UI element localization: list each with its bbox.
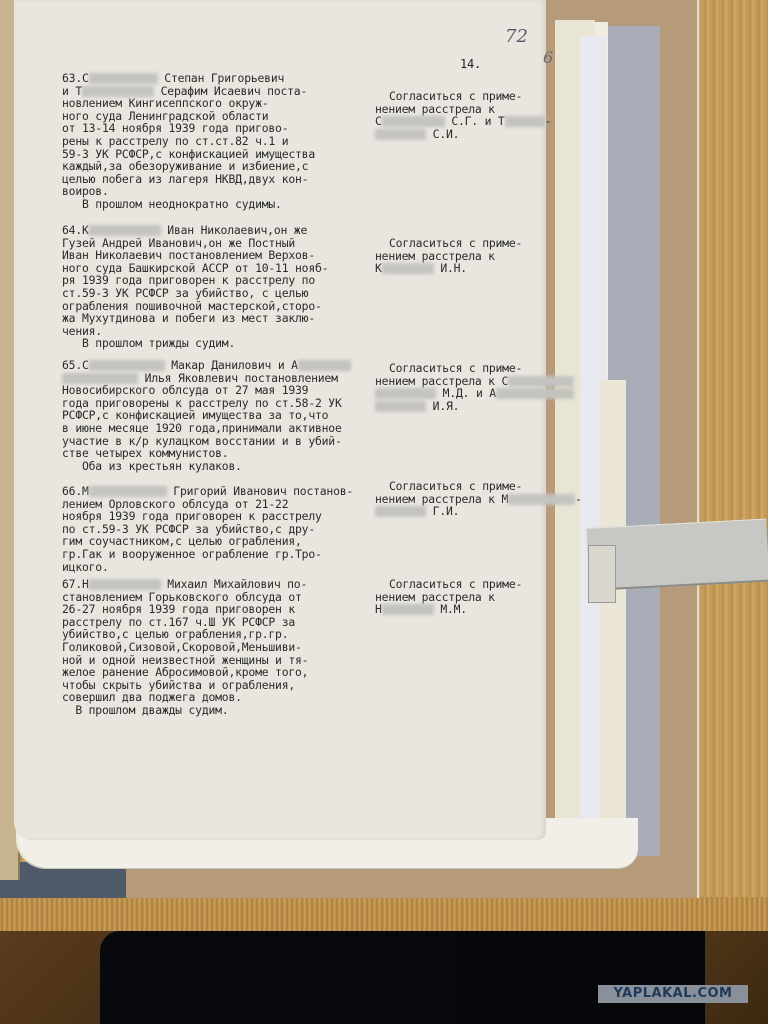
- entry-66-text: 66.М Григорий Иванович постанов-лением О…: [62, 485, 353, 573]
- redacted-name: [382, 116, 445, 127]
- handwritten-folio-number: 72: [505, 26, 528, 47]
- page-number: 14.: [460, 58, 481, 71]
- entry-67-resolution: Согласиться с приме-нением расстрела кН …: [375, 578, 522, 616]
- redacted-name: [89, 360, 165, 371]
- entry-65-resolution: Согласиться с приме-нением расстрела к С…: [375, 362, 574, 412]
- text-line: В прошлом неоднократно судимы.: [62, 198, 315, 211]
- entry-65-text: 65.С Макар Данилович и А Илья Яковлевич …: [62, 359, 351, 472]
- text-line: В прошлом трижды судим.: [62, 337, 328, 350]
- redacted-name: [496, 388, 574, 399]
- redacted-name: [62, 373, 138, 384]
- entry-63-resolution: Согласиться с приме-нением расстрела кС …: [375, 90, 551, 140]
- redacted-name: [505, 116, 545, 127]
- text-line: Н М.М.: [375, 603, 522, 616]
- redacted-name: [375, 388, 436, 399]
- redacted-name: [89, 73, 158, 84]
- entry-64-text: 64.К Иван Николаевич,он жеГузей Андрей И…: [62, 224, 328, 350]
- redacted-name: [508, 376, 574, 387]
- redacted-name: [375, 129, 426, 140]
- entry-66-resolution: Согласиться с приме-нением расстрела к М…: [375, 480, 582, 518]
- text-line: Оба из крестьян кулаков.: [62, 460, 351, 473]
- dark-shadow-2: [455, 931, 705, 1024]
- text-line: Г.И.: [375, 505, 582, 518]
- redacted-name: [89, 579, 161, 590]
- entry-63-text: 63.С Степан Григорьевичи Т Серафим Исаев…: [62, 72, 315, 211]
- text-line: М.Д. и А: [375, 387, 574, 400]
- redacted-name: [89, 486, 167, 497]
- redacted-name: [382, 604, 434, 615]
- redacted-name: [82, 86, 154, 97]
- text-line: ицкого.: [62, 561, 353, 574]
- text-line: К И.Н.: [375, 262, 522, 275]
- redacted-name: [89, 225, 161, 236]
- text-line: С.И.: [375, 128, 551, 141]
- redacted-name: [298, 360, 351, 371]
- text-line: В прошлом дважды судим.: [62, 704, 308, 717]
- entry-67-text: 67.Н Михаил Михайлович по-становлением Г…: [62, 578, 308, 717]
- redacted-name: [375, 506, 426, 517]
- desk-edge: [0, 897, 768, 933]
- redacted-name: [508, 494, 575, 505]
- handwritten-side-mark: 6: [543, 48, 553, 67]
- stacked-page: [600, 380, 626, 850]
- entry-64-resolution: Согласиться с приме-нением расстрела кК …: [375, 237, 522, 275]
- text-line: И.Я.: [375, 400, 574, 413]
- watermark: YAPLAKAL.COM: [598, 985, 748, 1003]
- redacted-name: [375, 401, 426, 412]
- redacted-name: [382, 263, 434, 274]
- metal-clamp-end: [588, 545, 616, 603]
- text-line: нением расстрела к М-: [375, 493, 582, 506]
- text-line: С С.Г. и Т-: [375, 115, 551, 128]
